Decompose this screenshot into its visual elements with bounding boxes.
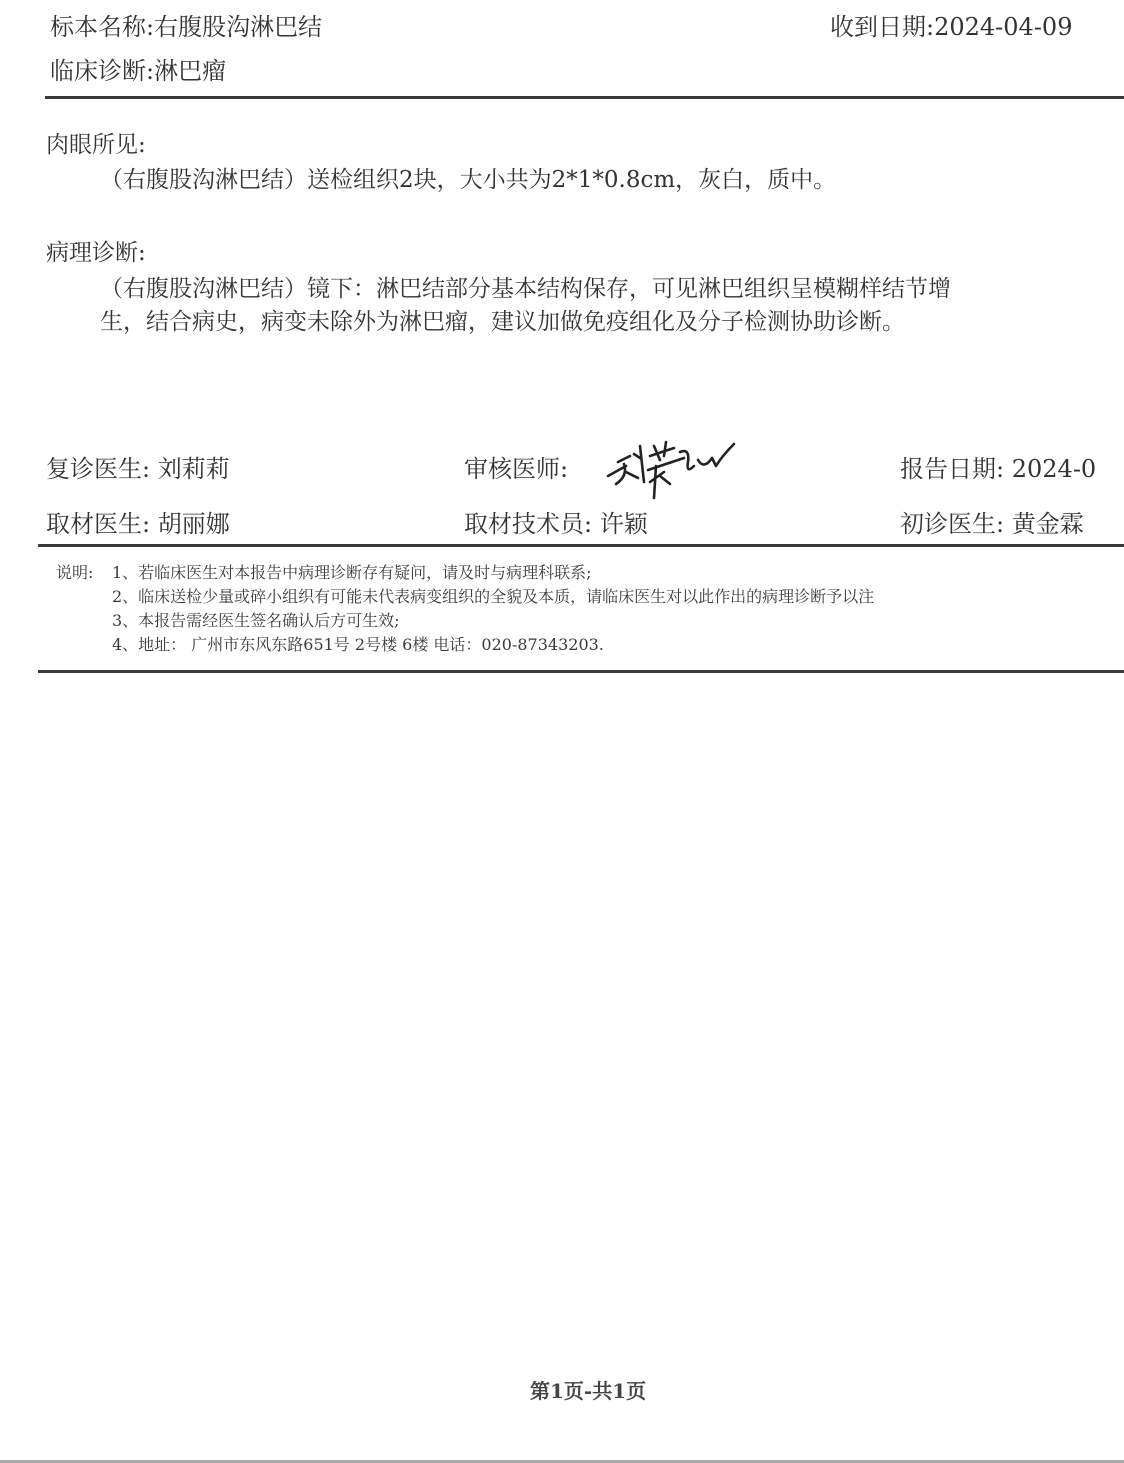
handwritten-signature-icon [604, 436, 740, 500]
notes-divider [38, 670, 1124, 673]
received-date-value: 2024-04-09 [934, 13, 1072, 41]
sampling-tech-value: 许颖 [600, 510, 648, 538]
notes-label: 说明: [56, 561, 93, 585]
note-item-1: 1、若临床医生对本报告中病理诊断存有疑问，请及时与病理科联系; [112, 561, 592, 585]
note-item-3: 3、本报告需经医生签名确认后方可生效; [112, 609, 400, 633]
audit-doctor-label: 审核医师: [464, 454, 568, 484]
note-item-2: 2、临床送检少量或碎小组织有可能未代表病变组织的全貌及本质，请临床医生对以此作出… [112, 585, 874, 609]
initial-doctor: 初诊医生: 黄金霖 [900, 509, 1084, 539]
received-date-label: 收到日期: [830, 13, 934, 41]
report-date: 报告日期: 2024-0 [900, 454, 1096, 484]
sampling-doctor-label: 取材医生: [46, 510, 150, 538]
report-date-value: 2024-0 [1012, 455, 1096, 483]
signatures-divider [38, 544, 1124, 547]
sampling-doctor: 取材医生: 胡丽娜 [46, 509, 230, 539]
pathology-label: 病理诊断: [46, 238, 146, 268]
sampling-tech-label: 取材技术员: [464, 510, 592, 538]
initial-doctor-value: 黄金霖 [1012, 510, 1084, 538]
sampling-tech: 取材技术员: 许颖 [464, 509, 648, 539]
review-doctor-label: 复诊医生: [46, 455, 150, 483]
header-divider [45, 96, 1124, 99]
received-date: 收到日期:2024-04-09 [830, 12, 1072, 42]
gross-text: （右腹股沟淋巴结）送检组织2块，大小共为2*1*0.8cm，灰白，质中。 [100, 165, 836, 195]
specimen-name: 标本名称:右腹股沟淋巴结 [50, 12, 322, 42]
report-date-label: 报告日期: [900, 455, 1004, 483]
review-doctor: 复诊医生: 刘莉莉 [46, 454, 230, 484]
note-item-4: 4、地址： 广州市东风东路651号 2号楼 6楼 电话：020-87343203… [112, 633, 604, 657]
gross-label: 肉眼所见: [46, 130, 146, 160]
clinical-diagnosis-label: 临床诊断: [50, 57, 154, 85]
pathology-line-2: 生，结合病史，病变未除外为淋巴瘤，建议加做免疫组化及分子检测协助诊断。 [100, 307, 905, 337]
clinical-diagnosis: 临床诊断:淋巴瘤 [50, 56, 226, 86]
clinical-diagnosis-value: 淋巴瘤 [154, 57, 226, 85]
specimen-name-value: 右腹股沟淋巴结 [154, 13, 322, 41]
initial-doctor-label: 初诊医生: [900, 510, 1004, 538]
sampling-doctor-value: 胡丽娜 [158, 510, 230, 538]
review-doctor-value: 刘莉莉 [158, 455, 230, 483]
specimen-name-label: 标本名称: [50, 13, 154, 41]
pathology-line-1: （右腹股沟淋巴结）镜下：淋巴结部分基本结构保存，可见淋巴组织呈模糊样结节增 [100, 274, 951, 304]
page-indicator: 第1页-共1页 [530, 1378, 646, 1404]
